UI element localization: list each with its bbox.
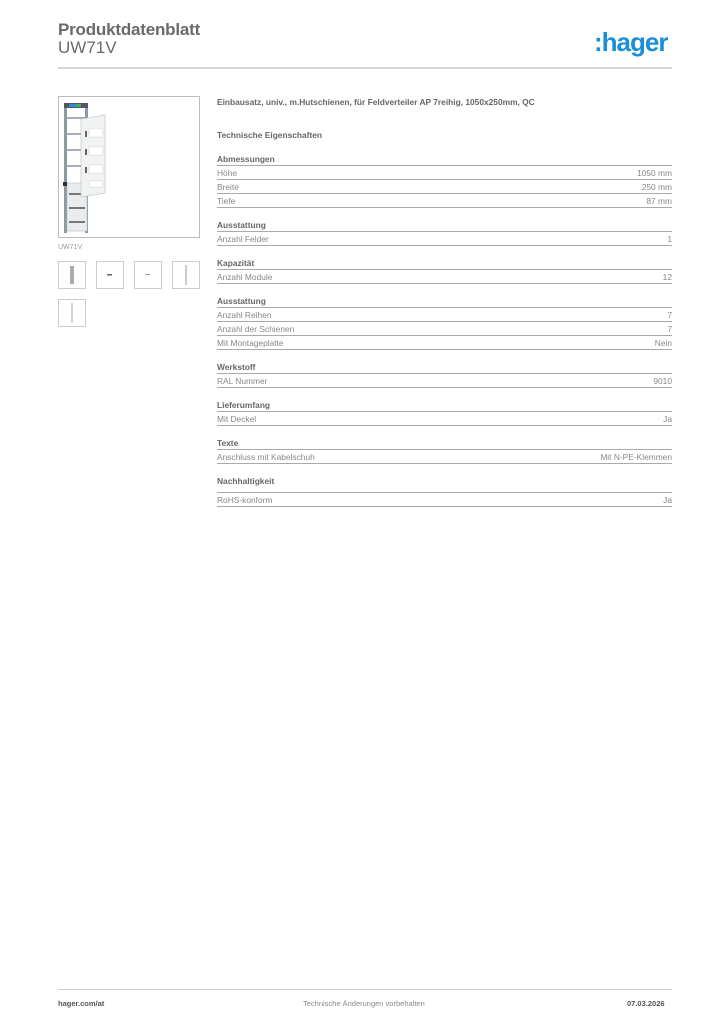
footer-date: 07.03.2026 xyxy=(627,999,665,1008)
spec-section: NachhaltigkeitRoHS-konformJa xyxy=(217,476,672,507)
spec-row: Tiefe87 mm xyxy=(217,194,672,208)
page-title: Produktdatenblatt xyxy=(58,20,200,40)
spec-value: Mit N-PE-Klemmen xyxy=(600,451,672,463)
spec-value: 1 xyxy=(667,233,672,245)
spec-label: RoHS-konform xyxy=(217,494,272,506)
spec-value: Nein xyxy=(655,337,672,349)
footer-notice: Technische Änderungen vorbehalten xyxy=(303,999,425,1008)
image-caption: UW71V xyxy=(58,244,82,251)
technical-properties-title: Technische Eigenschaften xyxy=(217,130,672,142)
product-code: UW71V xyxy=(58,38,117,58)
thumbnail-1[interactable] xyxy=(58,261,86,289)
spec-row: Anzahl Reihen7 xyxy=(217,308,672,322)
spec-section: KapazitätAnzahl Module12 xyxy=(217,258,672,284)
spec-value: 12 xyxy=(663,271,672,283)
thumbnail-5[interactable] xyxy=(58,299,86,327)
spec-section: AusstattungAnzahl Felder1 xyxy=(217,220,672,246)
spec-label: Tiefe xyxy=(217,195,235,207)
spec-label: Höhe xyxy=(217,167,237,179)
board-thumbnail-icon xyxy=(59,262,85,288)
spec-value: Ja xyxy=(663,494,672,506)
spec-row: Anschluss mit KabelschuhMit N-PE-Klemmen xyxy=(217,450,672,464)
thumbnail-4[interactable] xyxy=(172,261,200,289)
spec-section: AusstattungAnzahl Reihen7Anzahl der Schi… xyxy=(217,296,672,350)
product-description: Einbausatz, univ., m.Hutschienen, für Fe… xyxy=(217,97,672,111)
spec-value: Ja xyxy=(663,413,672,425)
thumbnail-2[interactable] xyxy=(96,261,124,289)
spec-label: Anschluss mit Kabelschuh xyxy=(217,451,315,463)
spec-value: 7 xyxy=(667,309,672,321)
spec-label: Breite xyxy=(217,181,239,193)
spec-section: WerkstoffRAL Nummer9010 xyxy=(217,362,672,388)
product-image[interactable] xyxy=(58,96,200,238)
spec-row: Höhe1050 mm xyxy=(217,166,672,180)
spec-value: 1050 mm xyxy=(637,167,672,179)
side-view-thumbnail-icon xyxy=(59,300,85,326)
section-title: Ausstattung xyxy=(217,296,672,308)
spec-row: Breite250 mm xyxy=(217,180,672,194)
section-title: Kapazität xyxy=(217,258,672,270)
thumbnail-3[interactable] xyxy=(134,261,162,289)
spec-row: Anzahl Felder1 xyxy=(217,232,672,246)
distribution-board-icon xyxy=(59,97,199,237)
section-title: Texte xyxy=(217,438,672,450)
spec-value: 7 xyxy=(667,323,672,335)
section-title: Werkstoff xyxy=(217,362,672,374)
spec-label: Anzahl Reihen xyxy=(217,309,271,321)
spec-row: Anzahl der Schienen7 xyxy=(217,322,672,336)
spec-label: Anzahl Felder xyxy=(217,233,269,245)
section-title: Abmessungen xyxy=(217,154,672,166)
spec-section: AbmessungenHöhe1050 mmBreite250 mmTiefe8… xyxy=(217,154,672,208)
spec-row: Anzahl Module12 xyxy=(217,270,672,284)
side-view-thumbnail-icon xyxy=(173,262,199,288)
spec-row: Mit MontageplatteNein xyxy=(217,336,672,350)
spec-value: 9010 xyxy=(653,375,672,387)
rail-thumbnail-icon xyxy=(97,262,123,288)
spec-section: TexteAnschluss mit KabelschuhMit N-PE-Kl… xyxy=(217,438,672,464)
hager-logo: :hager xyxy=(594,27,667,58)
spec-section: LieferumfangMit DeckelJa xyxy=(217,400,672,426)
spec-row: RoHS-konformJa xyxy=(217,493,672,507)
rail-thumbnail-icon xyxy=(135,262,161,288)
spec-label: Mit Deckel xyxy=(217,413,256,425)
spec-row: Mit DeckelJa xyxy=(217,412,672,426)
spec-value: 87 mm xyxy=(646,195,672,207)
spec-label: Anzahl der Schienen xyxy=(217,323,294,335)
section-title: Lieferumfang xyxy=(217,400,672,412)
spec-value: 250 mm xyxy=(642,181,672,193)
footer-website[interactable]: hager.com/at xyxy=(58,999,104,1008)
section-title: Nachhaltigkeit xyxy=(217,476,672,493)
footer-divider xyxy=(58,989,672,990)
product-details: Einbausatz, univ., m.Hutschienen, für Fe… xyxy=(217,97,672,507)
header-divider xyxy=(58,67,672,69)
section-title: Ausstattung xyxy=(217,220,672,232)
spec-row: RAL Nummer9010 xyxy=(217,374,672,388)
spec-label: Mit Montageplatte xyxy=(217,337,284,349)
spec-label: RAL Nummer xyxy=(217,375,267,387)
spec-label: Anzahl Module xyxy=(217,271,272,283)
